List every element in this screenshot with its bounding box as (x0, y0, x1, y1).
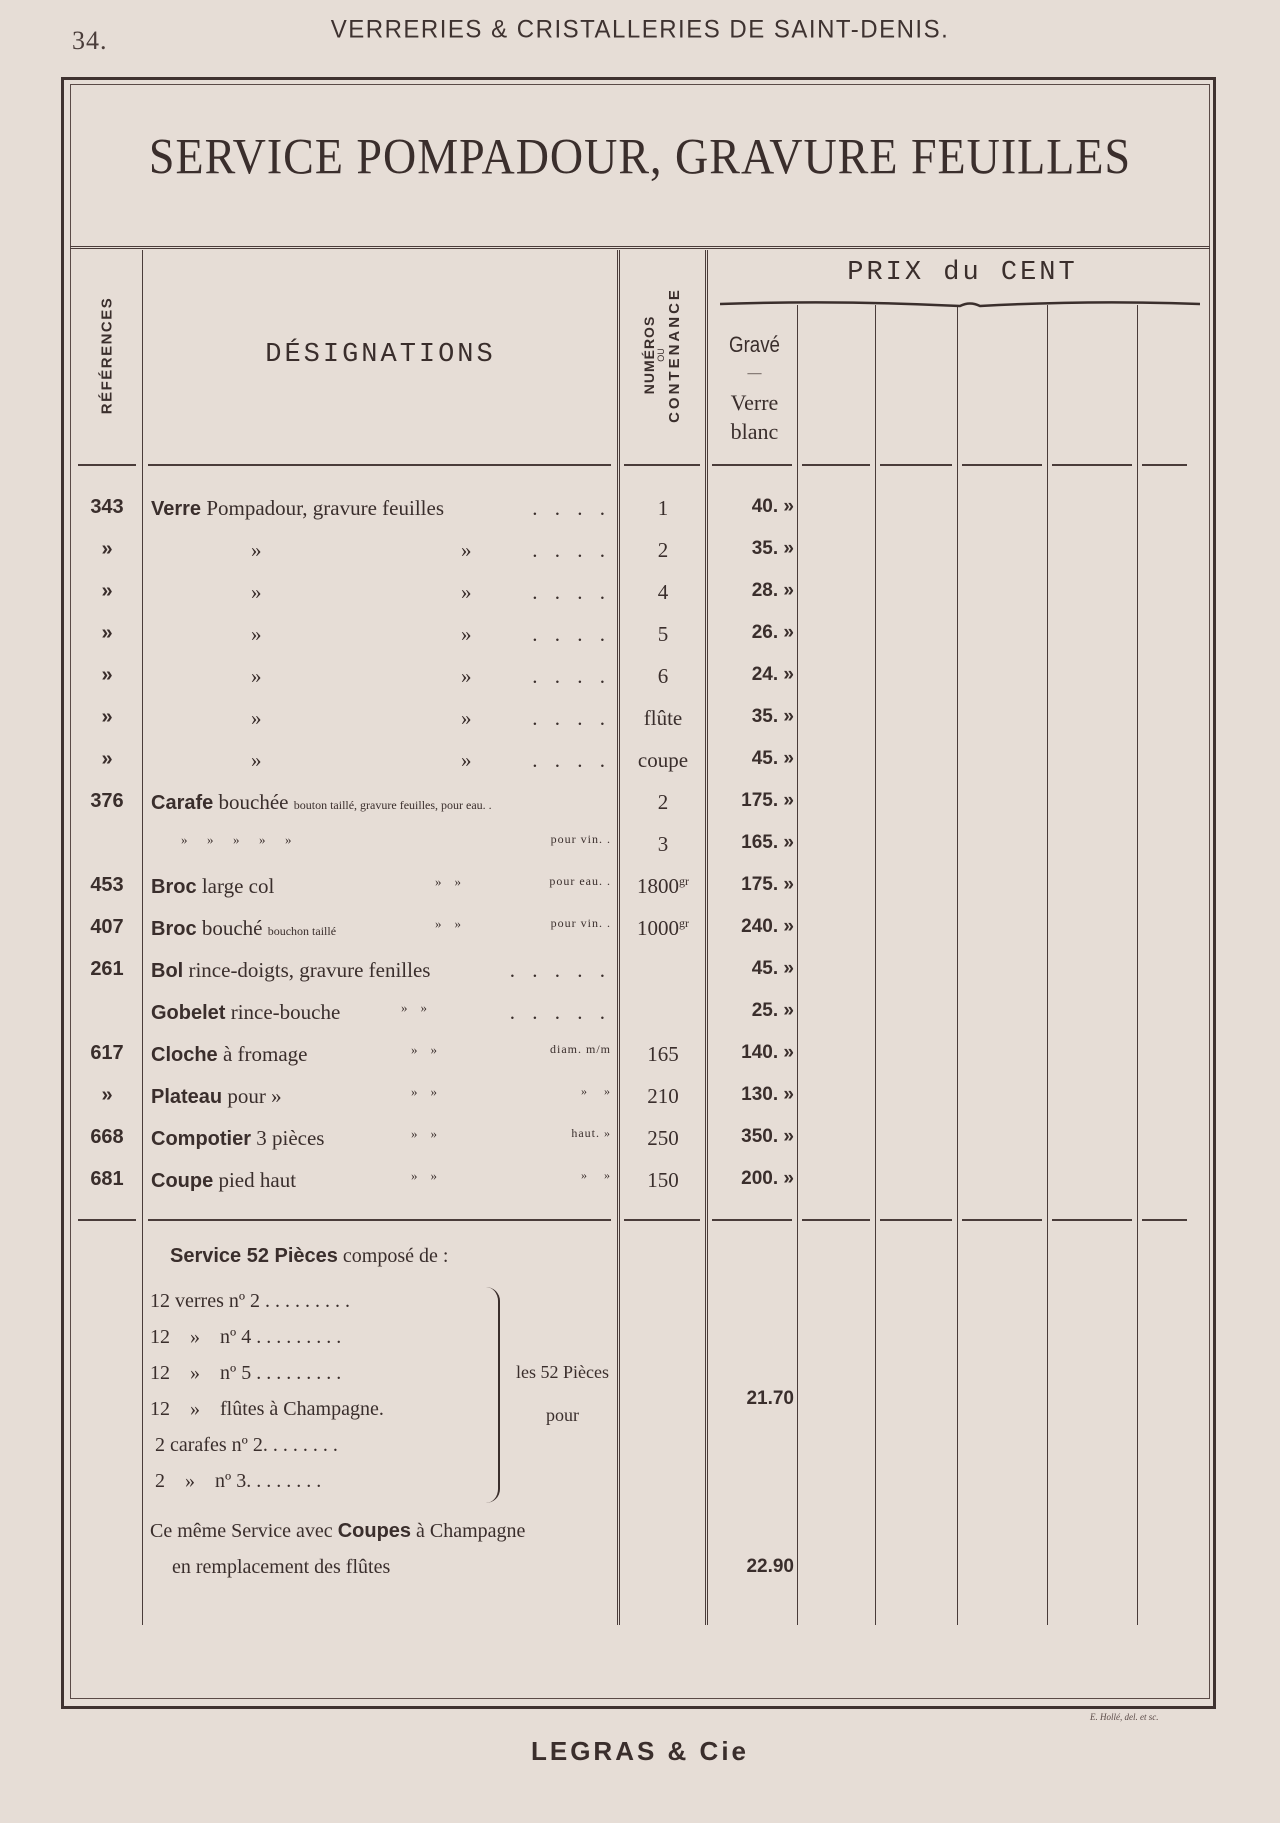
ditto-mark: » (251, 622, 262, 647)
header-rule (962, 464, 1042, 466)
row-number: 1000gr (622, 916, 704, 941)
table-row: » » » » »pour vin. . 3 165. » (0, 832, 1280, 872)
header-rule (624, 464, 700, 466)
row-number: flûte (622, 706, 704, 731)
header-verre: Verre (712, 388, 797, 417)
row-designation: Carafe bouchée bouton taillé, gravure fe… (151, 790, 611, 815)
item-desc: large col (202, 874, 275, 898)
row-number: 1 (622, 496, 704, 521)
row-ref: 261 (72, 958, 142, 981)
row-ref: » (72, 706, 142, 729)
table-row: 261 Bol rince-doigts, gravure fenilles. … (0, 958, 1280, 998)
table-row: 681 Coupe pied haut» »» » 150 200. » (0, 1168, 1280, 1208)
row-number: 250 (622, 1126, 704, 1151)
row-price: 350. » (712, 1126, 794, 1148)
row-number: 6 (622, 664, 704, 689)
header-rule (880, 464, 952, 466)
header-rule (148, 464, 611, 466)
service-item: 12 » flûtes à Champagne. (150, 1398, 384, 1421)
row-price: 35. » (712, 538, 794, 560)
ditto-marks: » » (435, 916, 461, 932)
row-designation: Verre Pompadour, gravure feuilles. . . . (151, 496, 611, 521)
ditto-marks: » » (411, 1042, 437, 1058)
ditto-mark: » (251, 538, 262, 563)
header-dash: — (712, 359, 797, 388)
item-detail: » » (581, 1084, 611, 1099)
row-price: 175. » (712, 790, 794, 812)
leader-dots: . . . . (532, 706, 611, 731)
section-rule (880, 1219, 952, 1221)
capacity-unit: gr (679, 916, 689, 930)
header-rule (1142, 464, 1187, 466)
item-name: Verre (151, 498, 201, 520)
item-desc: rince-doigts, gravure fenilles (188, 958, 430, 982)
item-detail: » » (581, 1168, 611, 1183)
row-ref: 617 (72, 1042, 142, 1065)
row-number: 3 (622, 832, 704, 857)
section-rule (1142, 1219, 1187, 1221)
service-alt-line1: Ce même Service avec Coupes à Champagne (150, 1520, 525, 1543)
capacity-value: 1800 (637, 874, 679, 898)
header-blanc: blanc (712, 417, 797, 446)
row-number: 210 (622, 1084, 704, 1109)
header-designations: DÉSIGNATIONS (143, 340, 618, 370)
row-price: 175. » (712, 874, 794, 896)
header-numeros: NUMÉROS OU CONTENANCE (620, 250, 704, 460)
section-rule (1052, 1219, 1132, 1221)
header-ou-label: OU (657, 287, 666, 423)
table-row: » »». . . . 6 24. » (0, 664, 1280, 704)
service-pour: pour (505, 1405, 620, 1426)
table-row: 376 Carafe bouchée bouton taillé, gravur… (0, 790, 1280, 830)
leader-dots: . . . . . (510, 958, 611, 983)
item-detail: pour vin. . (551, 916, 611, 931)
leader-dots: . . . . (532, 664, 611, 689)
ditto-mark: » (251, 706, 262, 731)
engraver-signature: E. Hollé, del. et sc. (1090, 1712, 1158, 1722)
ditto-marks: » » (411, 1126, 437, 1142)
leader-dots: . . . . (532, 538, 611, 563)
table-row: » Plateau pour »» »» » 210 130. » (0, 1084, 1280, 1124)
table-row: » »». . . . coupe 45. » (0, 748, 1280, 788)
ditto-marks: » » (401, 1000, 427, 1016)
row-ref: » (72, 622, 142, 645)
brace (486, 1287, 500, 1503)
row-price: 165. » (712, 832, 794, 854)
header-rule (1052, 464, 1132, 466)
row-ref: » (72, 538, 142, 561)
item-desc: Pompadour, gravure feuilles (206, 496, 444, 520)
capacity-value: 1000 (637, 916, 679, 940)
item-desc: rince-bouche (231, 1000, 341, 1024)
section-rule (624, 1219, 700, 1221)
service-price: 21.70 (712, 1388, 794, 1410)
row-number: 5 (622, 622, 704, 647)
item-name: Bol (151, 960, 183, 982)
row-number: 2 (622, 790, 704, 815)
item-detail: pour eau. . (549, 874, 611, 889)
table-row: 343 Verre Pompadour, gravure feuilles. .… (0, 496, 1280, 536)
row-ref: 681 (72, 1168, 142, 1191)
ditto-mark: » (461, 706, 472, 731)
section-rule (712, 1219, 792, 1221)
row-designation: Bol rince-doigts, gravure fenilles. . . … (151, 958, 611, 983)
item-name: Broc (151, 918, 197, 940)
row-designation: Coupe pied haut» »» » (151, 1168, 611, 1193)
row-number: 2 (622, 538, 704, 563)
service-heading-bold: Service 52 Pièces (170, 1245, 338, 1267)
leader-dots: . . . . (532, 622, 611, 647)
row-price: 40. » (712, 496, 794, 518)
table-row: 407 Broc bouché bouchon taillé» »pour vi… (0, 916, 1280, 956)
row-designation: Gobelet rince-bouche» ». . . . . (151, 1000, 611, 1025)
row-designation: Plateau pour »» »» » (151, 1084, 611, 1109)
section-rule (962, 1219, 1042, 1221)
service-item: 12 » nº 5 . . . . . . . . . (150, 1362, 341, 1385)
row-price: 45. » (712, 748, 794, 770)
ditto-marks: » » (435, 874, 461, 890)
row-number: 4 (622, 580, 704, 605)
item-name: Coupe (151, 1170, 213, 1192)
ditto-mark: » (251, 580, 262, 605)
item-desc: bouché (202, 916, 263, 940)
ditto-marks: » » (411, 1084, 437, 1100)
row-designation: Cloche à fromage» »diam. m/m (151, 1042, 611, 1067)
service-item: 12 verres nº 2 . . . . . . . . . (150, 1290, 350, 1313)
item-name: Cloche (151, 1044, 218, 1066)
row-ref: 407 (72, 916, 142, 939)
ditto-mark: » (461, 538, 472, 563)
alt-text-bold: Coupes (338, 1520, 411, 1542)
service-alt-line2: en remplacement des flûtes (172, 1556, 390, 1579)
header-rule (78, 464, 136, 466)
leader-dots: . . . . (532, 496, 611, 521)
service-item: 2 carafes nº 2. . . . . . . . (150, 1434, 338, 1457)
row-price: 240. » (712, 916, 794, 938)
section-rule (148, 1219, 611, 1221)
running-head: VERRERIES & CRISTALLERIES DE SAINT-DENIS… (0, 15, 1280, 44)
table-row: Gobelet rince-bouche» ». . . . . 25. » (0, 1000, 1280, 1040)
row-ref: » (72, 580, 142, 603)
leader-dots: . . . . (532, 580, 611, 605)
service-heading-rest: composé de : (343, 1245, 449, 1267)
capacity-unit: gr (679, 874, 689, 888)
service-item: 2 » nº 3. . . . . . . . (150, 1470, 321, 1493)
row-ref: 343 (72, 496, 142, 519)
item-name: Compotier (151, 1128, 251, 1150)
header-references: RÉFÉRENCES (72, 250, 142, 460)
item-detail: diam. m/m (550, 1042, 611, 1057)
ditto-marks: » » (411, 1168, 437, 1184)
row-ref: 453 (72, 874, 142, 897)
row-ref: » (72, 664, 142, 687)
header-numeros-label: NUMÉROS (641, 287, 657, 423)
row-number: 165 (622, 1042, 704, 1067)
row-price: 24. » (712, 664, 794, 686)
item-desc: bouchée (219, 790, 289, 814)
service-item: 12 » nº 4 . . . . . . . . . (150, 1326, 341, 1349)
item-desc: pour » (227, 1084, 281, 1108)
ditto-mark: » (461, 748, 472, 773)
section-rule (802, 1219, 870, 1221)
section-rule (78, 1219, 136, 1221)
table-row: » »». . . . 4 28. » (0, 580, 1280, 620)
ditto-mark: » (251, 748, 262, 773)
table-row: 617 Cloche à fromage» »diam. m/m 165 140… (0, 1042, 1280, 1082)
row-designation: Compotier 3 pièces» »haut. » (151, 1126, 611, 1151)
row-price: 45. » (712, 958, 794, 980)
service-alt-price: 22.90 (712, 1556, 794, 1578)
publisher-footer: LEGRAS & Cie (0, 1736, 1280, 1767)
ditto-mark: » (461, 622, 472, 647)
item-name: Plateau (151, 1086, 222, 1108)
ditto-mark: » (461, 664, 472, 689)
service-heading: Service 52 Pièces composé de : (170, 1245, 448, 1268)
item-name: Gobelet (151, 1002, 225, 1024)
row-ref: » (72, 1084, 142, 1107)
alt-text: Ce même Service avec (150, 1520, 333, 1542)
page-title: SERVICE POMPADOUR, GRAVURE FEUILLES (70, 127, 1210, 185)
row-price: 28. » (712, 580, 794, 602)
item-name: Carafe (151, 792, 213, 814)
service-les-52-pieces: les 52 Pièces (505, 1362, 620, 1383)
item-desc: à fromage (223, 1042, 308, 1066)
row-price: 35. » (712, 706, 794, 728)
table-row: 668 Compotier 3 pièces» »haut. » 250 350… (0, 1126, 1280, 1166)
header-rule (712, 464, 792, 466)
header-grave-verre-blanc: Gravé — Verre blanc (712, 330, 797, 446)
item-detail: bouton taillé, gravure feuilles, pour ea… (294, 798, 492, 812)
row-ref: » (72, 748, 142, 771)
table-row: » »». . . . 5 26. » (0, 622, 1280, 662)
header-prix-du-cent: PRIX du CENT (710, 258, 1215, 288)
item-detail: pour vin. . (551, 832, 611, 847)
prix-wave-rule (720, 298, 1200, 312)
header-contenance-label: CONTENANCE (666, 287, 683, 423)
row-designation: Broc bouché bouchon taillé» »pour vin. . (151, 916, 611, 941)
header-references-label: RÉFÉRENCES (99, 296, 116, 414)
row-price: 130. » (712, 1084, 794, 1106)
header-rule (802, 464, 870, 466)
title-rule (70, 246, 1210, 249)
leader-dots: . . . . (532, 748, 611, 773)
row-price: 200. » (712, 1168, 794, 1190)
leader-dots: . . . . . (510, 1000, 611, 1025)
ditto-mark: » (251, 664, 262, 689)
header-grave: Gravé (718, 330, 790, 359)
table-row: » »». . . . 2 35. » (0, 538, 1280, 578)
item-detail: bouchon taillé (268, 924, 336, 938)
table-row: 453 Broc large col» »pour eau. . 1800gr … (0, 874, 1280, 914)
item-detail: haut. » (571, 1126, 611, 1141)
row-number: coupe (622, 748, 704, 773)
row-designation: Broc large col» »pour eau. . (151, 874, 611, 899)
row-number: 1800gr (622, 874, 704, 899)
item-name: Broc (151, 876, 197, 898)
row-ref: 376 (72, 790, 142, 813)
table-row: » »». . . . flûte 35. » (0, 706, 1280, 746)
item-desc: 3 pièces (256, 1126, 324, 1150)
row-price: 140. » (712, 1042, 794, 1064)
row-price: 25. » (712, 1000, 794, 1022)
alt-text: à Champagne (416, 1520, 525, 1542)
item-desc: pied haut (218, 1168, 296, 1192)
row-number: 150 (622, 1168, 704, 1193)
row-price: 26. » (712, 622, 794, 644)
row-ref: 668 (72, 1126, 142, 1149)
ditto-marks: » » » » » (181, 832, 292, 848)
ditto-mark: » (461, 580, 472, 605)
